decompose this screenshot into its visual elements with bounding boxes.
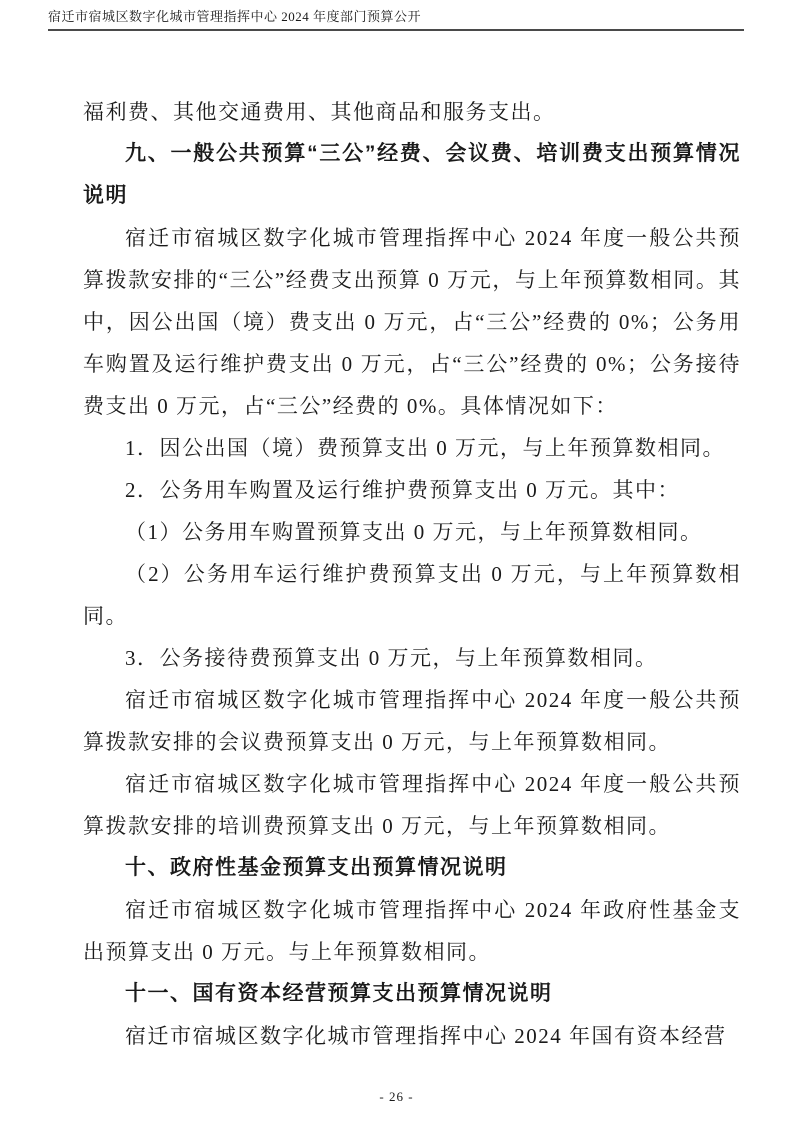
paragraph: 宿迁市宿城区数字化城市管理指挥中心 2024 年度一般公共预算拨款安排的“三公”… — [83, 217, 741, 427]
section-heading: 十一、国有资本经营预算支出预算情况说明 — [83, 973, 741, 1015]
document-page: 宿迁市宿城区数字化城市管理指挥中心 2024 年度部门预算公开 福利费、其他交通… — [0, 0, 793, 1122]
paragraph: 1．因公出国（境）费预算支出 0 万元，与上年预算数相同。 — [83, 427, 741, 469]
paragraph: 福利费、其他交通费用、其他商品和服务支出。 — [83, 91, 741, 133]
paragraph: 2．公务用车购置及运行维护费预算支出 0 万元。其中： — [83, 469, 741, 511]
page-header: 宿迁市宿城区数字化城市管理指挥中心 2024 年度部门预算公开 — [48, 9, 744, 31]
paragraph: 宿迁市宿城区数字化城市管理指挥中心 2024 年政府性基金支出预算支出 0 万元… — [83, 889, 741, 973]
paragraph: 宿迁市宿城区数字化城市管理指挥中心 2024 年度一般公共预算拨款安排的会议费预… — [83, 679, 741, 763]
document-body: 福利费、其他交通费用、其他商品和服务支出。九、一般公共预算“三公”经费、会议费、… — [83, 91, 741, 1057]
paragraph: 宿迁市宿城区数字化城市管理指挥中心 2024 年度一般公共预算拨款安排的培训费预… — [83, 763, 741, 847]
paragraph: 3．公务接待费预算支出 0 万元，与上年预算数相同。 — [83, 637, 741, 679]
page-number: - 26 - — [379, 1089, 413, 1104]
section-heading: 十、政府性基金预算支出预算情况说明 — [83, 847, 741, 889]
paragraph: 宿迁市宿城区数字化城市管理指挥中心 2024 年国有资本经营 — [83, 1015, 741, 1057]
section-heading: 九、一般公共预算“三公”经费、会议费、培训费支出预算情况说明 — [83, 133, 741, 217]
paragraph: （2）公务用车运行维护费预算支出 0 万元，与上年预算数相同。 — [83, 553, 741, 637]
page-footer: - 26 - — [0, 1088, 793, 1106]
header-title: 宿迁市宿城区数字化城市管理指挥中心 2024 年度部门预算公开 — [48, 9, 744, 25]
paragraph: （1）公务用车购置预算支出 0 万元，与上年预算数相同。 — [83, 511, 741, 553]
